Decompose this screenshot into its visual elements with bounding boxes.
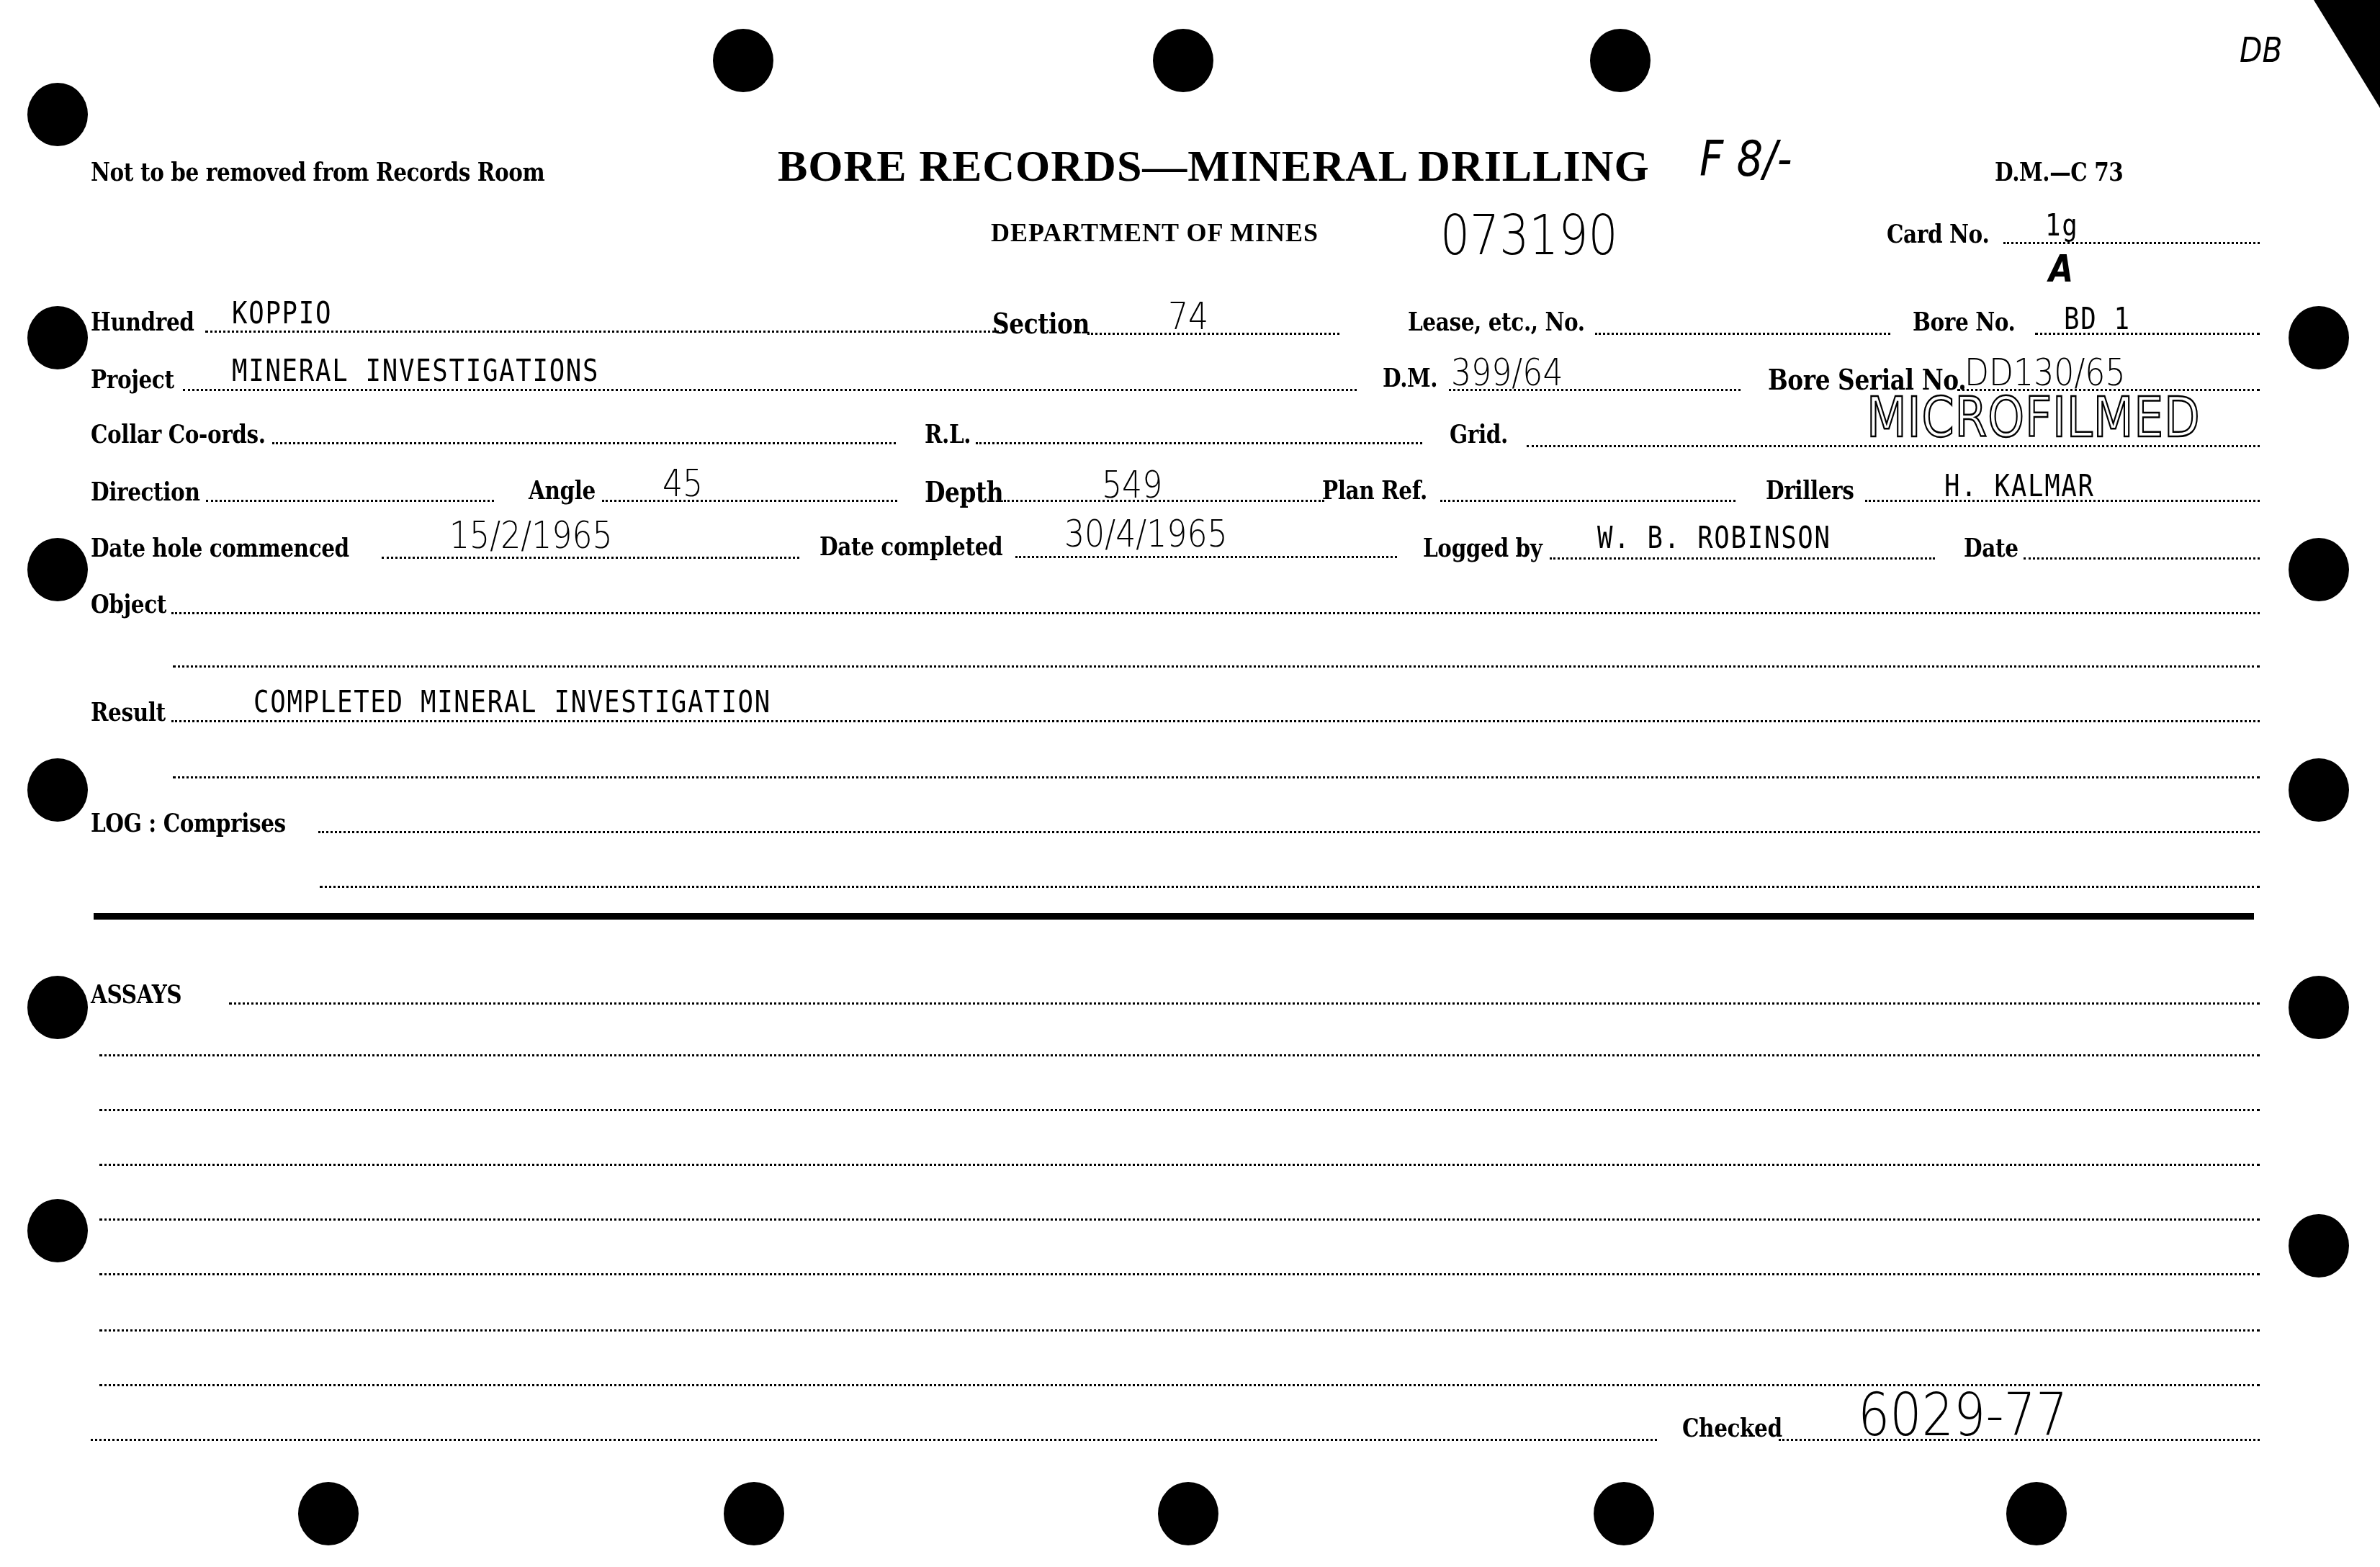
assays-line-2 bbox=[99, 1054, 2260, 1056]
assays-line-5 bbox=[99, 1218, 2260, 1221]
direction-label: Direction bbox=[91, 477, 199, 507]
collar-coords-line bbox=[272, 442, 896, 444]
corner-cut bbox=[2314, 0, 2380, 108]
plan-ref-label: Plan Ref. bbox=[1322, 475, 1427, 506]
section-label: Section bbox=[992, 307, 1090, 341]
date-label: Date bbox=[1964, 533, 2018, 563]
punch-hole bbox=[2006, 1482, 2067, 1545]
record-number: 073190 bbox=[1440, 203, 1618, 267]
depth-label: Depth bbox=[925, 475, 1003, 509]
rl-label: R.L. bbox=[925, 419, 971, 449]
result-line-1 bbox=[171, 720, 2260, 722]
angle-value[interactable]: 45 bbox=[663, 462, 703, 506]
assays-line-7 bbox=[99, 1329, 2260, 1332]
punch-hole bbox=[2289, 306, 2349, 369]
drillers-label: Drillers bbox=[1766, 475, 1854, 506]
punch-hole bbox=[1594, 1482, 1654, 1545]
logged-by-value[interactable]: W. B. ROBINSON bbox=[1597, 520, 1831, 555]
object-line-2 bbox=[173, 665, 2260, 668]
initials: DB bbox=[2240, 30, 2282, 71]
checked-label: Checked bbox=[1682, 1413, 1782, 1443]
assays-label: ASSAYS bbox=[91, 979, 181, 1010]
object-label: Object bbox=[91, 589, 166, 619]
assays-line-4 bbox=[99, 1164, 2260, 1166]
date-commenced-value[interactable]: 15/2/1965 bbox=[449, 514, 613, 557]
angle-line bbox=[602, 500, 897, 502]
hundred-label: Hundred bbox=[91, 307, 194, 337]
rl-line bbox=[976, 442, 1422, 444]
logged-by-line bbox=[1550, 557, 1935, 560]
card-no-line bbox=[2003, 242, 2260, 244]
drillers-value[interactable]: H. KALMAR bbox=[1944, 468, 2095, 503]
punch-hole bbox=[27, 1199, 88, 1262]
direction-line bbox=[206, 500, 494, 502]
section-value[interactable]: 74 bbox=[1168, 295, 1208, 338]
section-divider bbox=[94, 913, 2254, 920]
punch-hole bbox=[27, 306, 88, 369]
logged-by-label: Logged by bbox=[1423, 533, 1542, 563]
punch-hole bbox=[724, 1482, 784, 1545]
collar-coords-label: Collar Co-ords. bbox=[91, 419, 266, 449]
log-label: LOG : Comprises bbox=[91, 808, 286, 838]
records-room-notice: Not to be removed from Records Room bbox=[91, 157, 544, 187]
checked-value[interactable]: 6029-77 bbox=[1858, 1381, 2067, 1450]
project-label: Project bbox=[91, 364, 174, 395]
dm-value[interactable]: 399/64 bbox=[1451, 351, 1563, 395]
punch-hole bbox=[27, 538, 88, 601]
punch-hole bbox=[1153, 29, 1213, 92]
date-completed-line bbox=[1015, 556, 1397, 558]
punch-hole bbox=[27, 976, 88, 1039]
punch-hole bbox=[1158, 1482, 1218, 1545]
form-code: D.M.—C 73 bbox=[1995, 157, 2123, 187]
hundred-line bbox=[205, 331, 1005, 333]
angle-label: Angle bbox=[529, 475, 596, 506]
punch-hole bbox=[2289, 976, 2349, 1039]
depth-line bbox=[1004, 500, 1324, 502]
checked-left-line bbox=[91, 1439, 1657, 1441]
date-commenced-label: Date hole commenced bbox=[91, 533, 349, 563]
log-line-1 bbox=[318, 831, 2260, 833]
bore-no-label: Bore No. bbox=[1913, 307, 2015, 337]
log-line-2 bbox=[320, 886, 2260, 888]
punch-hole bbox=[298, 1482, 359, 1545]
punch-hole bbox=[27, 83, 88, 146]
section-line bbox=[1087, 333, 1339, 335]
card-no-label: Card No. bbox=[1887, 219, 1989, 249]
date-completed-value[interactable]: 30/4/1965 bbox=[1064, 513, 1228, 556]
punch-hole bbox=[2289, 1214, 2349, 1278]
date-completed-label: Date completed bbox=[819, 531, 1002, 562]
depth-value[interactable]: 549 bbox=[1102, 464, 1162, 507]
lease-line bbox=[1595, 333, 1890, 335]
project-line bbox=[183, 389, 1357, 391]
punch-hole bbox=[27, 758, 88, 822]
result-label: Result bbox=[91, 697, 166, 727]
assays-line-6 bbox=[99, 1273, 2260, 1275]
result-line-2 bbox=[173, 776, 2260, 778]
handwritten-annotation: F 8/- bbox=[1699, 131, 1792, 188]
plan-ref-line bbox=[1440, 500, 1735, 502]
lease-label: Lease, etc., No. bbox=[1408, 307, 1585, 337]
card-no-annotation: A bbox=[2049, 248, 2073, 291]
dm-label: D.M. bbox=[1383, 363, 1437, 393]
card-no-value[interactable]: 1g bbox=[2045, 207, 2078, 243]
result-value[interactable]: COMPLETED MINERAL INVESTIGATION bbox=[253, 684, 771, 719]
bore-no-value[interactable]: BD 1 bbox=[2064, 301, 2131, 336]
punch-hole bbox=[1590, 29, 1651, 92]
punch-hole bbox=[2289, 538, 2349, 601]
form-title: BORE RECORDS—MINERAL DRILLING bbox=[778, 141, 1650, 192]
object-line-1 bbox=[171, 612, 2260, 614]
punch-hole bbox=[2289, 758, 2349, 822]
project-value[interactable]: MINERAL INVESTIGATIONS bbox=[232, 353, 599, 388]
assays-line-1 bbox=[229, 1002, 2260, 1005]
hundred-value[interactable]: KOPPIO bbox=[232, 295, 332, 331]
microfilmed-stamp: MICROFILMED bbox=[1867, 385, 2200, 449]
date-line bbox=[2024, 557, 2260, 560]
grid-line bbox=[1527, 445, 2260, 447]
punch-hole bbox=[713, 29, 773, 92]
grid-label: Grid. bbox=[1450, 419, 1508, 449]
department-name: DEPARTMENT OF MINES bbox=[991, 217, 1319, 248]
assays-line-3 bbox=[99, 1109, 2260, 1111]
